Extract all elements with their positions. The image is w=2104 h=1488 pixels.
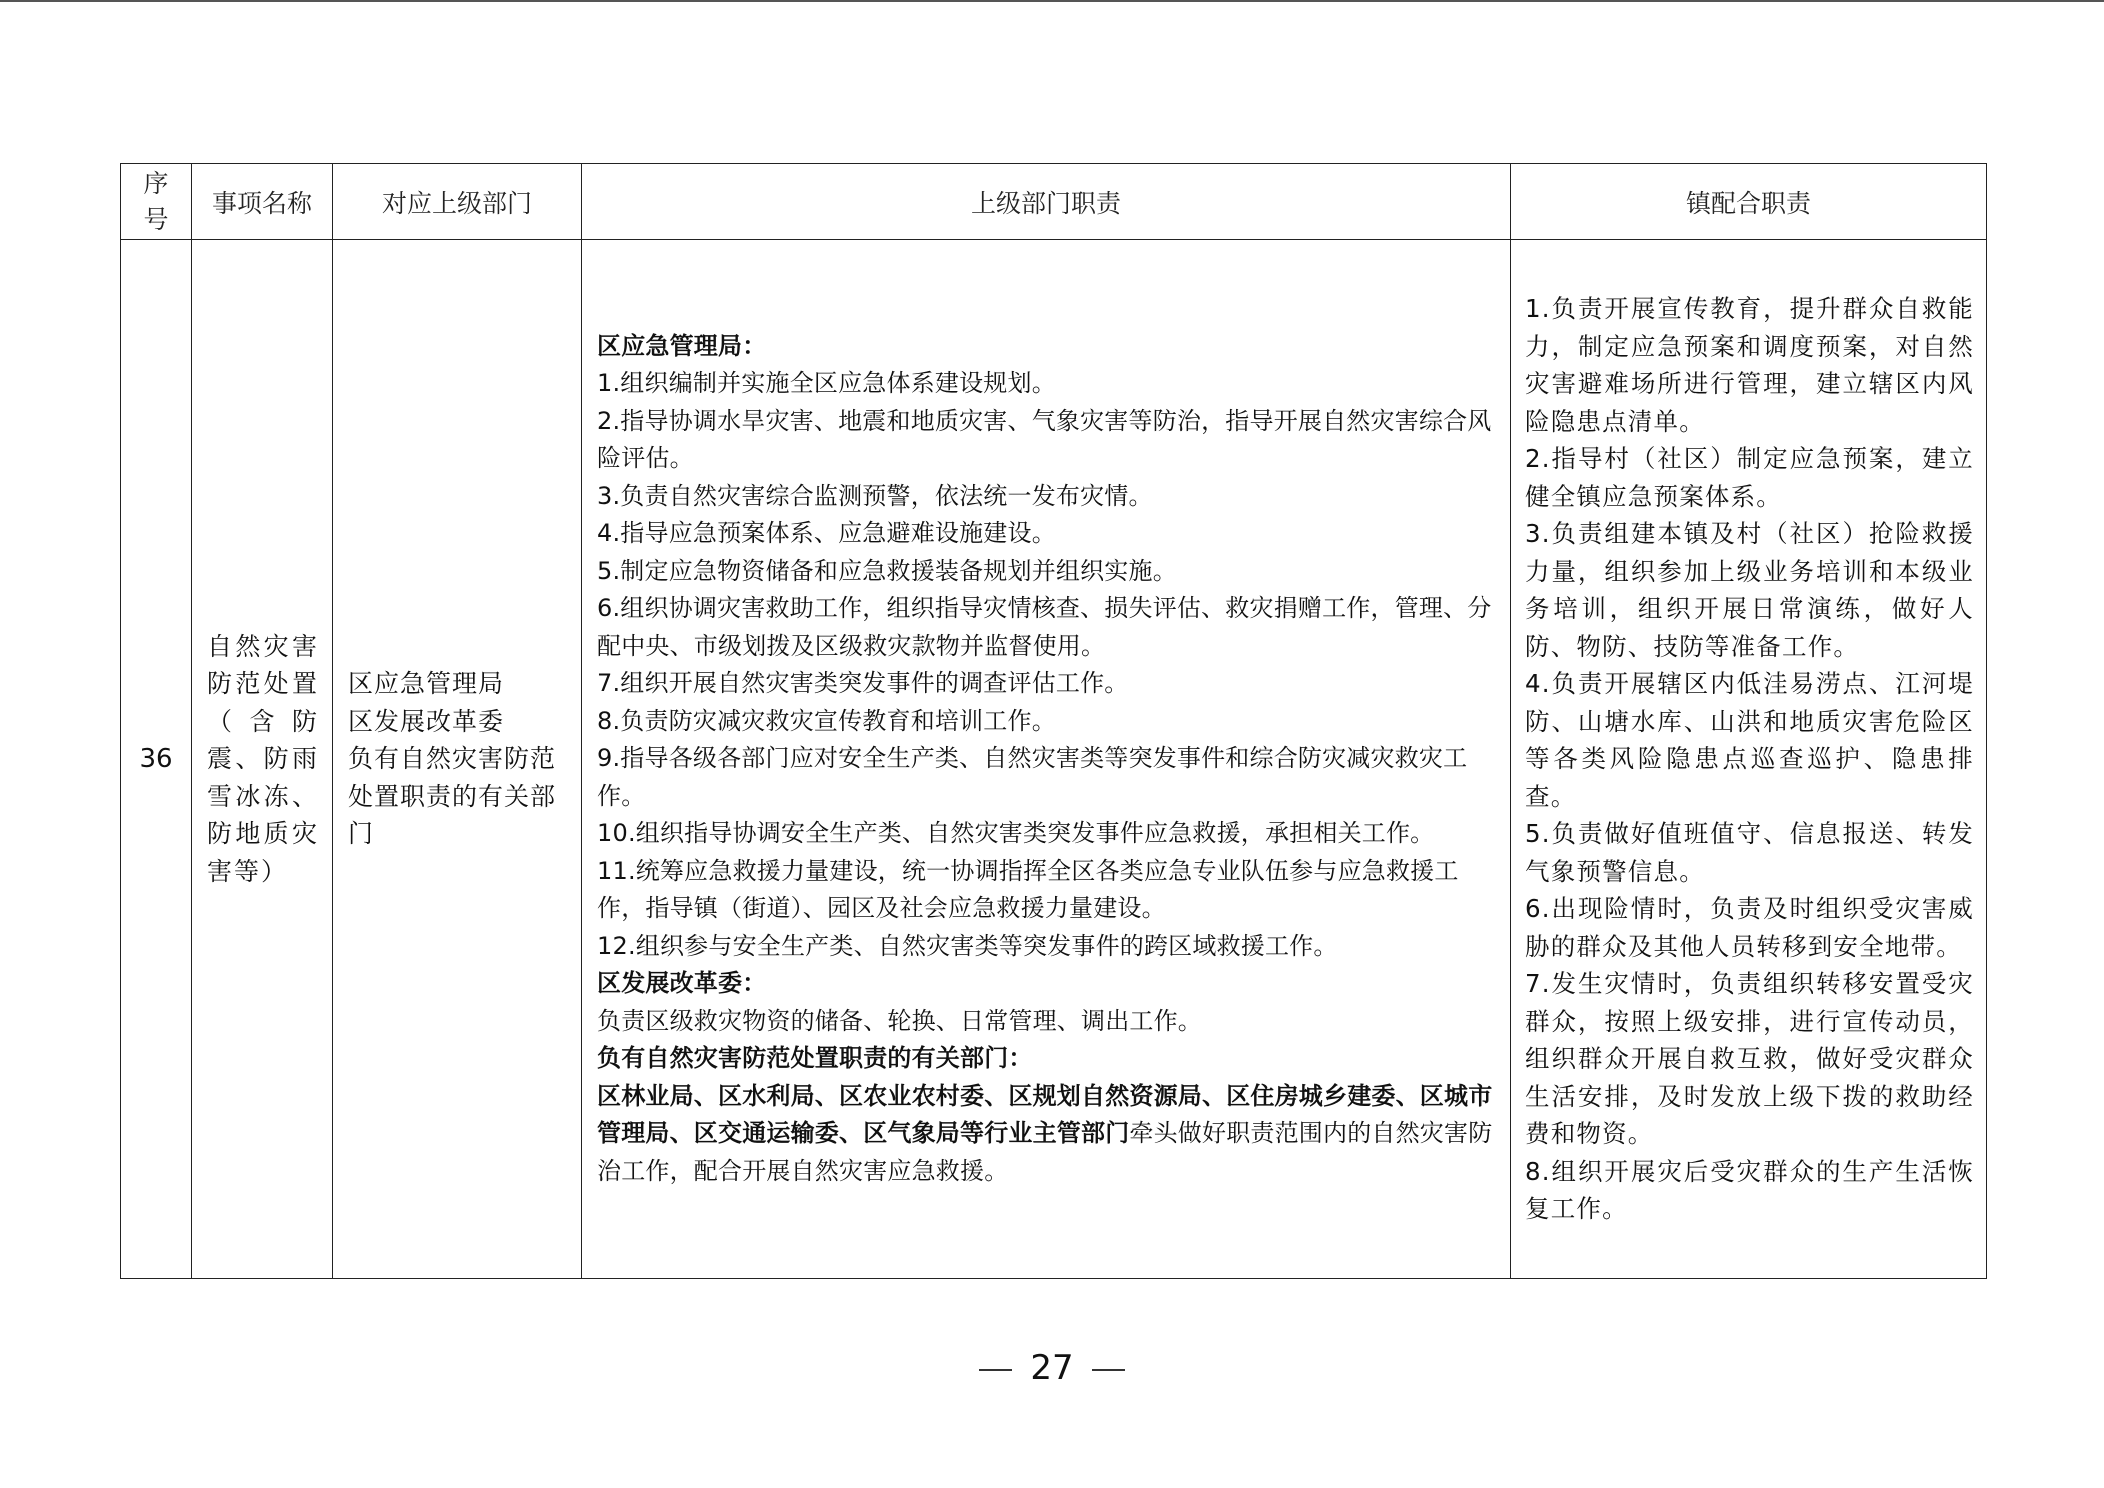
duty-item: 6.组织协调灾害救助工作，组织指导灾情核查、损失评估、救灾捐赠工作，管理、分配中… xyxy=(597,590,1498,665)
town-duty-item: 8.组织开展灾后受灾群众的生产生活恢复工作。 xyxy=(1525,1153,1974,1228)
cell-upper-dept: 区应急管理局 区发展改革委 负有自然灾害防范 处置职责的有关部 门 xyxy=(333,240,582,1279)
item-name-line: 震、防雨 xyxy=(207,740,319,778)
header-town-duty: 镇配合职责 xyxy=(1511,164,1987,240)
upper-dept-line: 区应急管理局 xyxy=(348,665,571,703)
cell-upper-duty: 区应急管理局： 1.组织编制并实施全区应急体系建设规划。 2.指导协调水旱灾害、… xyxy=(582,240,1511,1279)
item-name-line: 防范处置 xyxy=(207,665,319,703)
town-duty-item: 2.指导村（社区）制定应急预案，建立健全镇应急预案体系。 xyxy=(1525,440,1974,515)
duty-item: 11.统筹应急救援力量建设，统一协调指挥全区各类应急专业队伍参与应急救援工作，指… xyxy=(597,853,1498,928)
duty-item: 7.组织开展自然灾害类突发事件的调查评估工作。 xyxy=(597,665,1498,703)
item-name-line: （ 含 防 xyxy=(207,703,319,741)
duty-item: 12.组织参与安全生产类、自然灾害类等突发事件的跨区域救援工作。 xyxy=(597,928,1498,966)
page-top-border xyxy=(0,0,2104,2)
duty-item: 负责区级救灾物资的储备、轮换、日常管理、调出工作。 xyxy=(597,1003,1498,1041)
upper-dept-line: 区发展改革委 xyxy=(348,703,571,741)
upper-dept-list: 区应急管理局 区发展改革委 负有自然灾害防范 处置职责的有关部 门 xyxy=(333,665,581,853)
duty-item: 9.指导各级各部门应对安全生产类、自然灾害类等突发事件和综合防灾减灾救灾工作。 xyxy=(597,740,1498,815)
header-item-name: 事项名称 xyxy=(192,164,333,240)
town-duty-item: 1.负责开展宣传教育，提升群众自救能力，制定应急预案和调度预案，对自然灾害避难场… xyxy=(1525,290,1974,440)
duty-item: 5.制定应急物资储备和应急救援装备规划并组织实施。 xyxy=(597,553,1498,591)
dash-left xyxy=(979,1369,1012,1371)
table-header: 序 号 事项名称 对应上级部门 上级部门职责 镇配合职责 xyxy=(121,164,1987,240)
upper-dept-line: 负有自然灾害防范 xyxy=(348,740,571,778)
section-heading: 负有自然灾害防范处置职责的有关部门： xyxy=(597,1040,1498,1078)
header-seq-line2: 号 xyxy=(121,202,191,238)
header-upper-dept: 对应上级部门 xyxy=(333,164,582,240)
duty-item: 2.指导协调水旱灾害、地震和地质灾害、气象灾害等防治，指导开展自然灾害综合风险评… xyxy=(597,403,1498,478)
section-heading: 区应急管理局： xyxy=(597,328,1498,366)
duty-item: 4.指导应急预案体系、应急避难设施建设。 xyxy=(597,515,1498,553)
duty-item: 10.组织指导协调安全生产类、自然灾害类突发事件应急救援，承担相关工作。 xyxy=(597,815,1498,853)
upper-dept-line: 处置职责的有关部 xyxy=(348,778,571,816)
town-duty-item: 7.发生灾情时，负责组织转移安置受灾群众，按照上级安排，进行宣传动员，组织群众开… xyxy=(1525,965,1974,1153)
duty-item-mixed: 区林业局、区水利局、区农业农村委、区规划自然资源局、区住房城乡建委、区城市管理局… xyxy=(597,1078,1498,1191)
table-row: 36 自然灾害 防范处置 （ 含 防 震、防雨 雪冰冻、 防地质灾 害等） 区应… xyxy=(121,240,1987,1279)
duty-item: 1.组织编制并实施全区应急体系建设规划。 xyxy=(597,365,1498,403)
duty-item: 8.负责防灾减灾救灾宣传教育和培训工作。 xyxy=(597,703,1498,741)
upper-duty-text: 区应急管理局： 1.组织编制并实施全区应急体系建设规划。 2.指导协调水旱灾害、… xyxy=(582,328,1510,1191)
cell-seq: 36 xyxy=(121,240,192,1279)
cell-item-name: 自然灾害 防范处置 （ 含 防 震、防雨 雪冰冻、 防地质灾 害等） xyxy=(192,240,333,1279)
item-name-line: 自然灾害 xyxy=(207,628,319,666)
header-upper-duty: 上级部门职责 xyxy=(582,164,1511,240)
section-heading: 区发展改革委： xyxy=(597,965,1498,1003)
cell-town-duty: 1.负责开展宣传教育，提升群众自救能力，制定应急预案和调度预案，对自然灾害避难场… xyxy=(1511,240,1987,1279)
town-duty-text: 1.负责开展宣传教育，提升群众自救能力，制定应急预案和调度预案，对自然灾害避难场… xyxy=(1511,290,1986,1228)
item-name-line: 害等） xyxy=(207,853,319,891)
header-seq: 序 号 xyxy=(121,164,192,240)
town-duty-item: 3.负责组建本镇及村（社区）抢险救援力量，组织参加上级业务培训和本级业务培训，组… xyxy=(1525,515,1974,665)
page-number-value: 27 xyxy=(1030,1348,1073,1388)
item-name-text: 自然灾害 防范处置 （ 含 防 震、防雨 雪冰冻、 防地质灾 害等） xyxy=(192,628,332,891)
duty-item: 3.负责自然灾害综合监测预警，依法统一发布灾情。 xyxy=(597,478,1498,516)
upper-dept-line: 门 xyxy=(348,815,571,853)
duty-table: 序 号 事项名称 对应上级部门 上级部门职责 镇配合职责 36 自然灾害 防范处… xyxy=(120,163,1987,1279)
header-seq-line1: 序 xyxy=(121,166,191,202)
item-name-line: 雪冰冻、 xyxy=(207,778,319,816)
town-duty-item: 4.负责开展辖区内低洼易涝点、江河堤防、山塘水库、山洪和地质灾害危险区等各类风险… xyxy=(1525,665,1974,815)
item-name-line: 防地质灾 xyxy=(207,815,319,853)
page-number: 27 xyxy=(0,1348,2104,1388)
dash-right xyxy=(1092,1369,1125,1371)
town-duty-item: 6.出现险情时，负责及时组织受灾害威胁的群众及其他人员转移到安全地带。 xyxy=(1525,890,1974,965)
town-duty-item: 5.负责做好值班值守、信息报送、转发气象预警信息。 xyxy=(1525,815,1974,890)
